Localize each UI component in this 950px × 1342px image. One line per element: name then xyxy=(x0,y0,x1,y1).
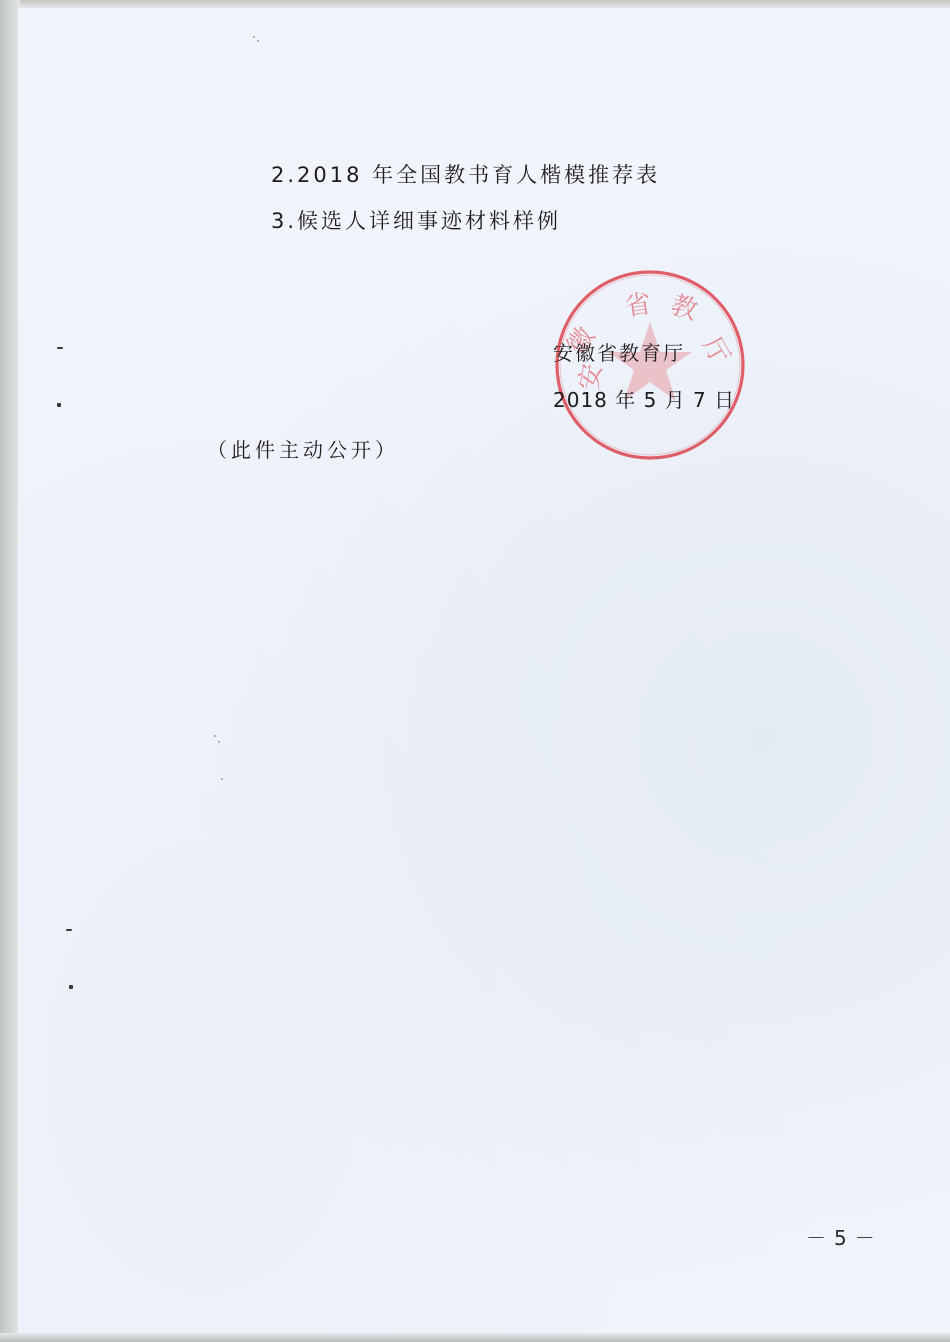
attachment-item-3: 3.候选人详细事迹材料样例 xyxy=(271,211,561,232)
scan-speck xyxy=(257,40,259,42)
scan-left-margin xyxy=(0,0,20,1342)
scan-speck xyxy=(218,741,220,743)
document-page xyxy=(18,8,950,1334)
issuing-organization: 安徽省教育厅 xyxy=(553,343,685,363)
binding-mark xyxy=(69,985,73,989)
scan-speck xyxy=(214,735,216,737)
binding-mark xyxy=(57,347,63,349)
attachment-item-2: 2.2018 年全国教书育人楷模推荐表 xyxy=(271,165,660,186)
scan-bottom-edge xyxy=(0,1333,950,1342)
binding-mark xyxy=(66,929,72,931)
page-number: －5－ xyxy=(806,1228,883,1248)
disclosure-note: （此件主动公开） xyxy=(207,440,399,460)
scan-speck xyxy=(221,778,223,780)
scan-speck xyxy=(253,36,255,38)
scan-top-edge xyxy=(0,0,950,8)
binding-mark xyxy=(57,403,61,407)
issue-date: 2018 年 5 月 7 日 xyxy=(553,390,735,410)
